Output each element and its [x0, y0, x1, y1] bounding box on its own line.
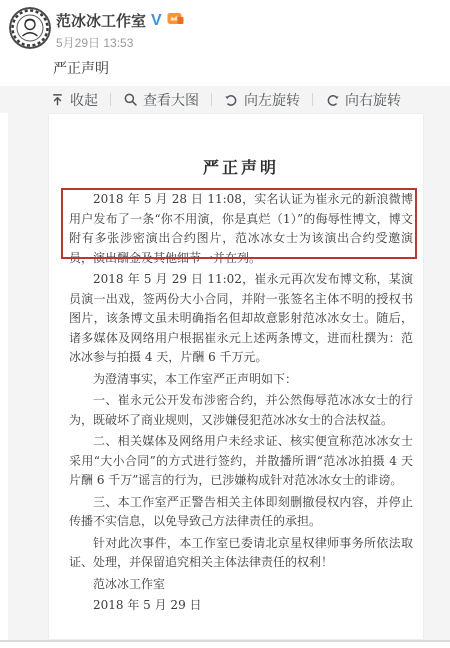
rotate-left-icon: [224, 92, 239, 107]
avatar-portrait-icon: [9, 7, 51, 49]
author-name[interactable]: 范冰冰工作室: [56, 10, 146, 31]
statement-sign-date: 2018 年 5 月 29 日: [69, 596, 413, 616]
statement-paragraph: 一、崔永元公开发布涉密合约，并公然侮辱范冰冰女士的行为，既破坏了商业规则，又涉嫌…: [69, 391, 413, 430]
image-toolbar: 收起 查看大图 向左旋转 向右旋转: [0, 86, 450, 113]
view-large-label: 查看大图: [143, 90, 199, 110]
statement-paragraph: 2018 年 5 月 29 日 11:02，崔永元再次发布博文称，某演员演一出戏…: [69, 270, 413, 368]
card-bottom-divider: [0, 640, 450, 642]
rotate-left-label: 向左旋转: [244, 90, 300, 110]
magnifier-icon: [123, 92, 138, 107]
statement-image[interactable]: 严正声明 2018 年 5 月 28 日 11:08，实名认证为崔永元的新浪微博…: [48, 113, 424, 640]
statement-paragraph: 二、相关媒体及网络用户未经求证、核实便宣称范冰冰女士采用“大小合同”的方式进行签…: [69, 432, 413, 491]
collapse-icon: [50, 92, 65, 107]
image-viewer-area: 严正声明 2018 年 5 月 28 日 11:08，实名认证为崔永元的新浪微博…: [8, 113, 450, 640]
weibo-post-card: 范冰冰工作室 V 5月29日 13:53 严正声明 收起: [0, 0, 450, 648]
membership-badge-icon: [167, 11, 184, 30]
avatar[interactable]: [9, 7, 51, 49]
rotate-left-button[interactable]: 向左旋转: [224, 90, 300, 110]
statement-paragraph: 三、本工作室严正警告相关主体即刻删撤侵权内容，并停止传播不实信息，以免导致己方法…: [69, 493, 413, 532]
statement-signature: 范冰冰工作室: [69, 575, 413, 595]
collapse-button[interactable]: 收起: [50, 90, 98, 110]
rotate-right-label: 向右旋转: [345, 90, 401, 110]
view-large-button[interactable]: 查看大图: [123, 90, 199, 110]
collapse-label: 收起: [70, 90, 98, 110]
post-text: 严正声明: [53, 58, 109, 78]
post-timestamp: 5月29日 13:53: [56, 34, 133, 51]
verified-badge-icon: V: [151, 13, 162, 29]
rotate-right-icon: [325, 92, 340, 107]
author-row: 范冰冰工作室 V: [56, 10, 184, 31]
statement-paragraph: 2018 年 5 月 28 日 11:08，实名认证为崔永元的新浪微博用户发布了…: [69, 190, 413, 268]
toolbar-divider: [110, 93, 111, 106]
rotate-right-button[interactable]: 向右旋转: [325, 90, 401, 110]
toolbar-divider: [312, 93, 313, 106]
statement-title: 严正声明: [69, 158, 413, 178]
toolbar-divider: [211, 93, 212, 106]
statement-paragraph: 为澄清事实，本工作室严正声明如下：: [69, 370, 413, 390]
statement-paragraph: 针对此次事件，本工作室已委请北京星权律师事务所依法取证、处理，并保留追究相关主体…: [69, 534, 413, 573]
